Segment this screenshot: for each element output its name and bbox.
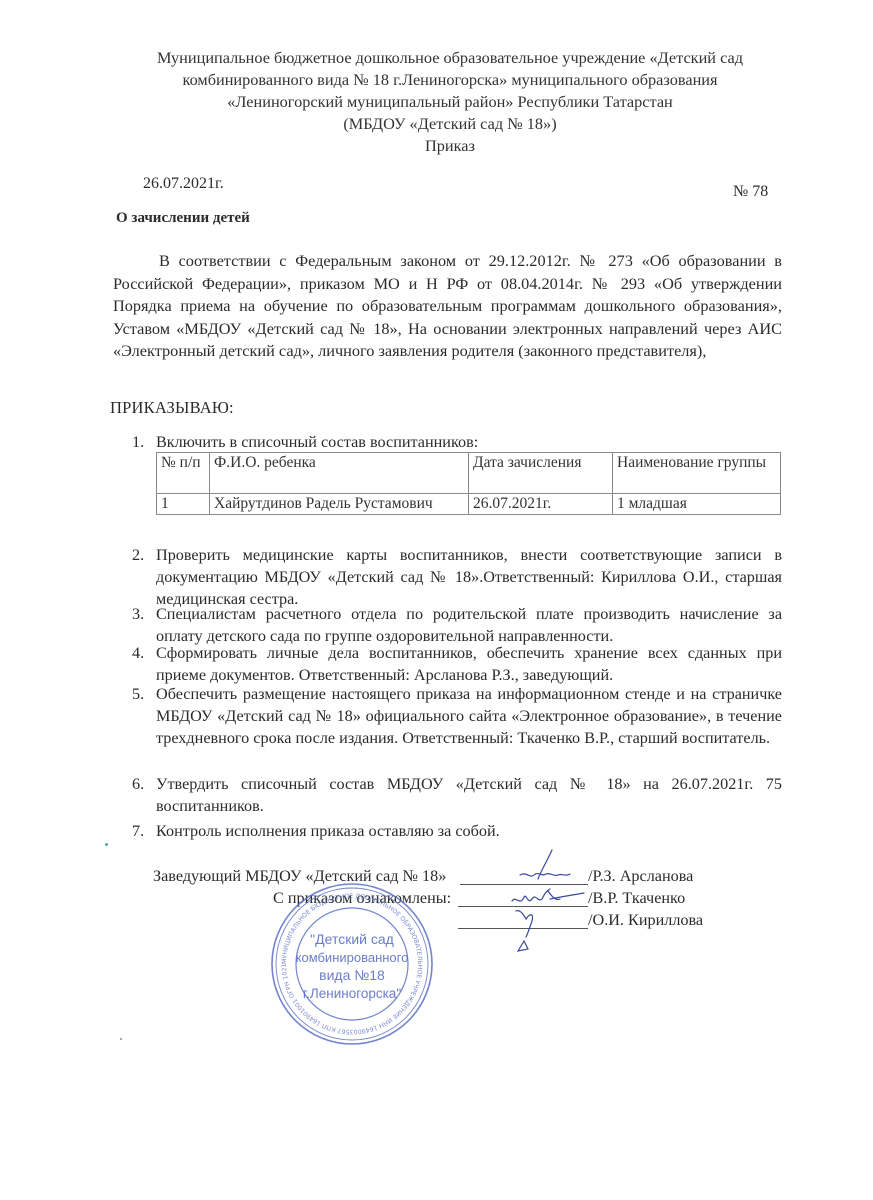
- cell-name: Хайрутдинов Радель Рустамович: [210, 494, 469, 515]
- item-text: Утвердить списочный состав МБДОУ «Детски…: [156, 773, 782, 817]
- item-number: 1.: [132, 431, 144, 453]
- item-number: 2.: [132, 544, 144, 566]
- header-line-3: «Лениногорский муниципальный район» Респ…: [120, 91, 780, 113]
- item-number: 6.: [132, 773, 144, 795]
- order-item-3: 3. Специалистам расчетного отдела по род…: [132, 603, 782, 647]
- item-number: 5.: [132, 683, 144, 705]
- cell-date: 26.07.2021г.: [469, 494, 613, 515]
- header-cell-name: Ф.И.О. ребенка: [210, 453, 469, 494]
- cell-number: 1: [157, 494, 210, 515]
- stamp-line-2: комбинированного: [296, 950, 409, 965]
- item-text: Специалистам расчетного отдела по родите…: [156, 603, 782, 647]
- header-line-4: (МБДОУ «Детский сад № 18»): [120, 113, 780, 135]
- item-text: Включить в списочный состав воспитаннико…: [156, 431, 782, 453]
- preamble: В соответствии с Федеральным законом от …: [113, 250, 782, 363]
- header-cell-group: Наименование группы: [613, 453, 781, 494]
- item-number: 7.: [132, 820, 144, 842]
- document-type: Приказ: [120, 135, 780, 157]
- order-item-7: 7. Контроль исполнения приказа оставляю …: [132, 820, 782, 842]
- official-stamp: МУНИЦИПАЛЬНОЕ БЮДЖЕТНОЕ ДОШКОЛЬНОЕ ОБРАЗ…: [268, 880, 436, 1048]
- item-text: Проверить медицинские карты воспитаннико…: [156, 544, 782, 610]
- order-word: ПРИКАЗЫВАЮ:: [110, 398, 234, 418]
- table-header-row: № п/п Ф.И.О. ребенка Дата зачисления Наи…: [157, 453, 781, 494]
- stamp-line-4: г.Лениногорска": [303, 986, 401, 1001]
- stamp-line-1: "Детский сад: [310, 931, 394, 947]
- enrollment-table: № п/п Ф.И.О. ребенка Дата зачисления Наи…: [156, 452, 781, 515]
- order-item-1: 1. Включить в списочный состав воспитанн…: [132, 431, 782, 453]
- table-row: 1 Хайрутдинов Радель Рустамович 26.07.20…: [157, 494, 781, 515]
- handwritten-signatures: [490, 845, 600, 955]
- order-date: 26.07.2021г.: [143, 175, 224, 193]
- stamp-line-3: вида №18: [319, 967, 385, 983]
- order-item-4: 4. Сформировать личные дела воспитаннико…: [132, 642, 782, 686]
- item-text: Сформировать личные дела воспитанников, …: [156, 642, 782, 686]
- header-line-1: Муниципальное бюджетное дошкольное образ…: [120, 47, 780, 69]
- signer-name-head: /Р.З. Арсланова: [588, 867, 693, 886]
- order-item-6: 6. Утвердить списочный состав МБДОУ «Дет…: [132, 773, 782, 817]
- order-number: № 78: [733, 183, 768, 201]
- header-cell-number: № п/п: [157, 453, 210, 494]
- cell-group: 1 младшая: [613, 494, 781, 515]
- scan-speck: [105, 843, 108, 846]
- order-subject: О зачислении детей: [116, 210, 250, 227]
- item-text: Контроль исполнения приказа оставляю за …: [156, 820, 782, 842]
- item-number: 4.: [132, 642, 144, 664]
- signer-name-2: /В.Р. Ткаченко: [588, 889, 685, 908]
- order-item-2: 2. Проверить медицинские карты воспитанн…: [132, 544, 782, 610]
- item-number: 3.: [132, 603, 144, 625]
- order-item-5: 5. Обеспечить размещение настоящего прик…: [132, 683, 782, 749]
- signer-name-3: /О.И. Кириллова: [588, 911, 703, 930]
- header-cell-date: Дата зачисления: [469, 453, 613, 494]
- scan-speck: [120, 1038, 122, 1040]
- item-text: Обеспечить размещение настоящего приказа…: [156, 683, 782, 749]
- document-header: Муниципальное бюджетное дошкольное образ…: [120, 47, 780, 157]
- header-line-2: комбинированного вида № 18 г.Лениногорск…: [120, 69, 780, 91]
